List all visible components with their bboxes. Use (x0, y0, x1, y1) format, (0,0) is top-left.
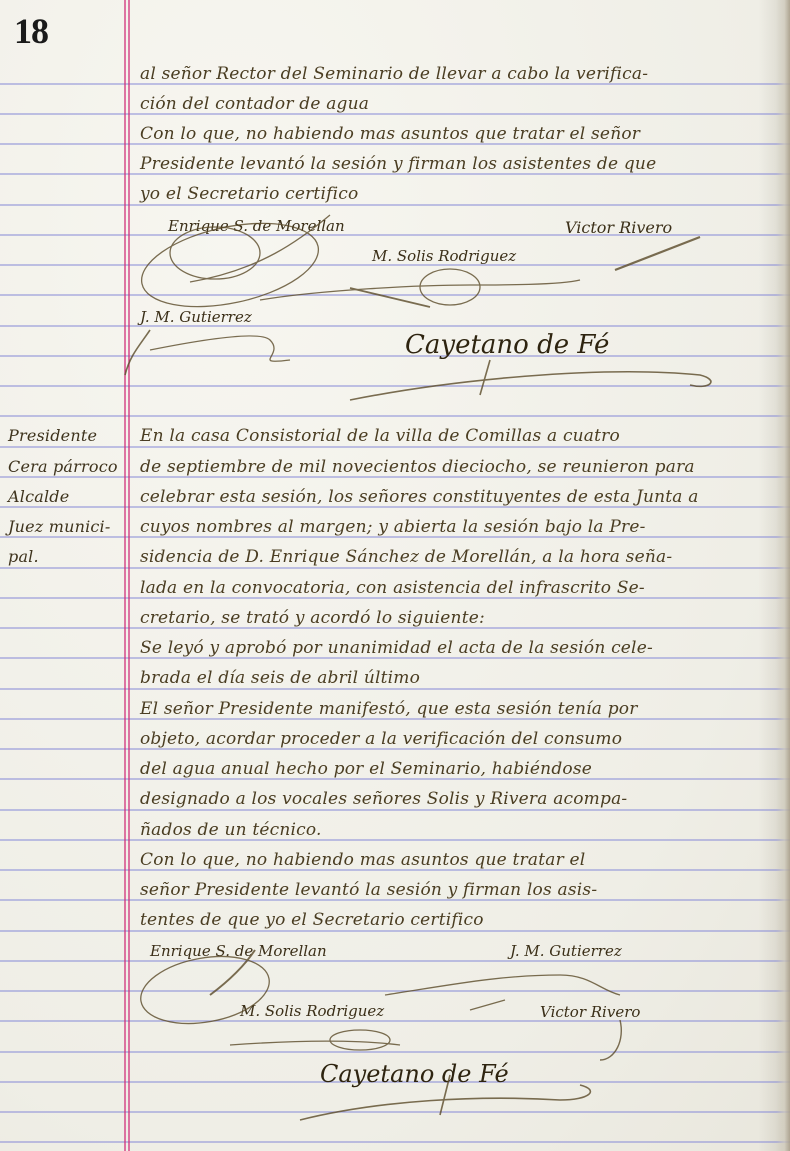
text-line: Con lo que, no habiendo mas asuntos que … (140, 850, 585, 870)
signature-solis-rodriguez: M. Solis Rodriguez (372, 247, 516, 265)
signature-morellan: Enrique S. de Morellan (150, 942, 327, 960)
signature-rivero: Victor Rivero (565, 218, 672, 237)
text-line: El señor Presidente manifestó, que esta … (140, 699, 638, 719)
margin-note-line: Cera párroco (8, 457, 118, 477)
page-number: 18 (14, 10, 48, 52)
text-line: al señor Rector del Seminario de llevar … (140, 64, 648, 84)
text-line: de septiembre de mil novecientos diecioc… (140, 457, 695, 477)
signature-solis-rodriguez: M. Solis Rodriguez (240, 1002, 384, 1020)
text-line: señor Presidente levantó la sesión y fir… (140, 880, 597, 900)
signature-gutierrez: J. M. Gutierrez (510, 942, 622, 960)
signature-cayetano-de-fe: Cayetano de Fé (320, 1060, 509, 1088)
text-line: Se leyó y aprobó por unanimidad el acta … (140, 638, 653, 658)
signature-rivero: Victor Rivero (540, 1003, 640, 1021)
signature-morellan: Enrique S. de Morellan (168, 217, 345, 235)
text-line: cuyos nombres al margen; y abierta la se… (140, 517, 646, 537)
text-line: ñados de un técnico. (140, 820, 322, 840)
text-line: Con lo que, no habiendo mas asuntos que … (140, 124, 640, 144)
text-line: En la casa Consistorial de la villa de C… (140, 426, 620, 446)
text-line: cretario, se trató y acordó lo siguiente… (140, 608, 485, 628)
text-line: objeto, acordar proceder a la verificaci… (140, 729, 622, 749)
text-line: tentes de que yo el Secretario certifico (140, 910, 484, 930)
margin-note-line: Alcalde (8, 487, 69, 507)
text-line: sidencia de D. Enrique Sánchez de Morell… (140, 547, 672, 567)
text-line: celebrar esta sesión, los señores consti… (140, 487, 699, 507)
margin-note-line: Presidente (8, 426, 97, 446)
text-line: Presidente levantó la sesión y firman lo… (140, 154, 656, 174)
margin-note-line: Juez munici- (8, 517, 111, 537)
text-line: yo el Secretario certifico (140, 184, 358, 204)
text-line: lada en la convocatoria, con asistencia … (140, 578, 645, 598)
text-line: ción del contador de agua (140, 94, 369, 114)
signature-cayetano-de-fe: Cayetano de Fé (405, 330, 609, 360)
signature-gutierrez: J. M. Gutierrez (140, 308, 252, 326)
margin-note-line: pal. (8, 547, 39, 567)
text-line: designado a los vocales señores Solis y … (140, 789, 627, 809)
text-line: brada el día seis de abril último (140, 668, 420, 688)
text-line: del agua anual hecho por el Seminario, h… (140, 759, 592, 779)
page-binding-edge (776, 0, 790, 1151)
ledger-page: 18 al señor Rector del Seminario de llev… (0, 0, 790, 1151)
